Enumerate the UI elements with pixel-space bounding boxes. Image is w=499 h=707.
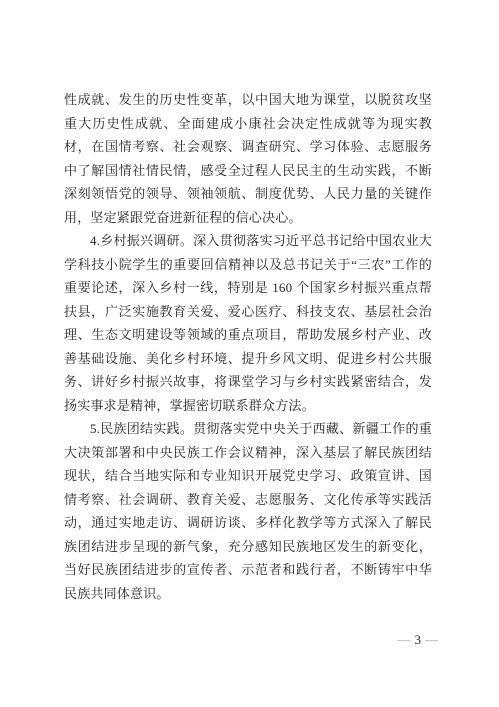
page-number: —3— <box>398 633 439 647</box>
page-number-value: 3 <box>411 632 426 647</box>
page-number-left-dash: — <box>398 632 411 647</box>
paragraph-item-5-ethnic-unity: 5.民族团结实践。贯彻落实党中央关于西藏、新疆工作的重大决策部署和中央民族工作会… <box>64 417 432 605</box>
page-number-right-dash: — <box>425 632 438 647</box>
document-body: 性成就、发生的历史性变革，以中国大地为课堂，以脱贫攻坚重大历史性成就、全面建成小… <box>64 88 432 605</box>
paragraph-continuation: 性成就、发生的历史性变革，以中国大地为课堂，以脱贫攻坚重大历史性成就、全面建成小… <box>64 88 432 229</box>
paragraph-item-4-rural-revitalization: 4.乡村振兴调研。深入贯彻落实习近平总书记给中国农业大学科技小院学生的重要回信精… <box>64 229 432 417</box>
document-page: 性成就、发生的历史性变革，以中国大地为课堂，以脱贫攻坚重大历史性成就、全面建成小… <box>0 0 499 707</box>
